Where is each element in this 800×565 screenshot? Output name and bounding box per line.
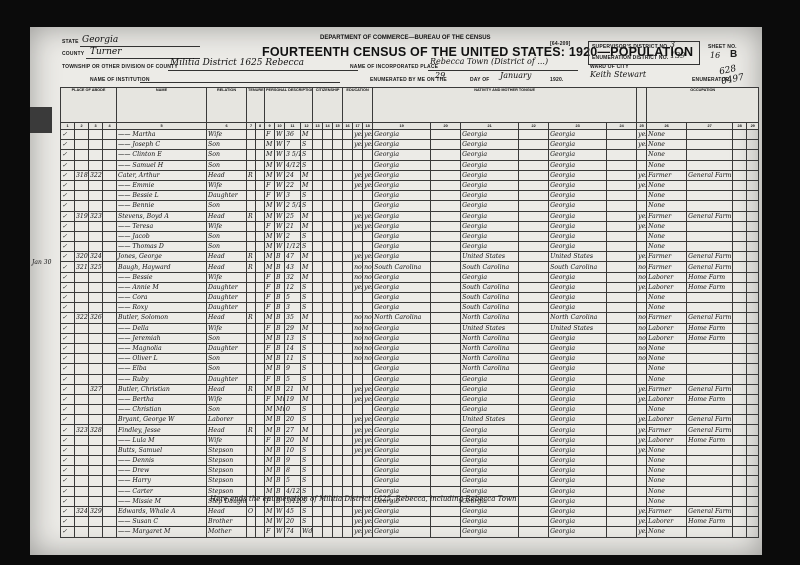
- age-cell: 3: [285, 191, 301, 201]
- age-cell: 14: [285, 343, 301, 353]
- edu-cell: yes: [363, 384, 373, 394]
- rel-cell: Stepson: [207, 445, 247, 455]
- age-cell: 3: [285, 303, 301, 313]
- mpob-cell: Georgia: [549, 191, 607, 201]
- edu-cell: yes: [637, 140, 647, 150]
- group-tenure: TENURE: [247, 88, 265, 123]
- ind-cell: Home Farm: [687, 517, 733, 527]
- mpob-cell: Georgia: [549, 140, 607, 150]
- table-row: ✓—— Oliver LSonMB11SnonoGeorgiaNorth Car…: [61, 354, 759, 364]
- race-cell: W: [275, 160, 285, 170]
- age-cell: 32: [285, 272, 301, 282]
- fpob-cell: South Carolina: [461, 262, 519, 272]
- rel-cell: Son: [207, 160, 247, 170]
- ind-cell: Home Farm: [687, 394, 733, 404]
- fpob-cell: Georgia: [461, 374, 519, 384]
- race-cell: B: [275, 313, 285, 323]
- ind-cell: [687, 343, 733, 353]
- mpob-cell: Georgia: [549, 456, 607, 466]
- mar-cell: M: [301, 252, 313, 262]
- sex-cell: F: [265, 323, 275, 333]
- own-cell: [247, 445, 256, 455]
- fpob-cell: Georgia: [461, 231, 519, 241]
- own-cell: [247, 435, 256, 445]
- age-cell: 3 5/12: [285, 150, 301, 160]
- edu-cell: yes: [353, 527, 363, 537]
- column-group-row: PLACE OF ABODE NAME RELATION TENURE PERS…: [61, 88, 759, 123]
- check-cell: ✓: [61, 374, 75, 384]
- ind-cell: [687, 221, 733, 231]
- mpob-cell: Georgia: [549, 394, 607, 404]
- pob-cell: Georgia: [373, 242, 431, 252]
- edu-cell: [363, 476, 373, 486]
- rel-cell: Daughter: [207, 374, 247, 384]
- dw-cell: [75, 293, 89, 303]
- race-cell: B: [275, 445, 285, 455]
- edu-cell: yes: [637, 252, 647, 262]
- dw-cell: [75, 150, 89, 160]
- ind-cell: [687, 231, 733, 241]
- age-cell: 27: [285, 425, 301, 435]
- name-cell: Findley, Jesse: [117, 425, 207, 435]
- fpob-cell: North Carolina: [461, 343, 519, 353]
- check-cell: ✓: [61, 527, 75, 537]
- race-cell: B: [275, 343, 285, 353]
- fam-cell: [89, 517, 103, 527]
- ind-cell: General Farm: [687, 211, 733, 221]
- table-row: ✓—— EmmieWifeFW22MyesyesGeorgiaGeorgiaGe…: [61, 180, 759, 190]
- name-cell: —— Teresa: [117, 221, 207, 231]
- race-cell: B: [275, 476, 285, 486]
- table-row: ✓—— ChristianSonMMu0SGeorgiaGeorgiaGeorg…: [61, 405, 759, 415]
- edu-cell: no: [353, 333, 363, 343]
- check-cell: ✓: [61, 323, 75, 333]
- edu-cell: no: [363, 354, 373, 364]
- age-cell: 25: [285, 211, 301, 221]
- name-cell: —— Christian: [117, 405, 207, 415]
- rel-cell: Son: [207, 364, 247, 374]
- rel-cell: Head: [207, 252, 247, 262]
- edu-cell: [353, 293, 363, 303]
- edu-cell: [637, 231, 647, 241]
- occ-cell: Laborer: [647, 394, 687, 404]
- fpob-cell: Georgia: [461, 150, 519, 160]
- own-cell: [247, 221, 256, 231]
- age-cell: 4/12: [285, 160, 301, 170]
- ind-cell: [687, 486, 733, 496]
- index-tab: [30, 107, 52, 133]
- name-cell: —— Bertha: [117, 394, 207, 404]
- dw-cell: [75, 323, 89, 333]
- mpob-cell: Georgia: [549, 303, 607, 313]
- dw-cell: [75, 354, 89, 364]
- table-row: ✓—— Susan CBrotherMW20SyesyesGeorgiaGeor…: [61, 517, 759, 527]
- name-cell: —— Harry: [117, 476, 207, 486]
- age-cell: 22: [285, 180, 301, 190]
- fam-cell: 323: [89, 211, 103, 221]
- name-cell: —— Clinton E: [117, 150, 207, 160]
- ind-cell: [687, 180, 733, 190]
- check-cell: ✓: [61, 445, 75, 455]
- ind-cell: Home Farm: [687, 323, 733, 333]
- dw-cell: [75, 221, 89, 231]
- state-label: STATE: [62, 39, 79, 45]
- rel-cell: Wife: [207, 323, 247, 333]
- pob-cell: Georgia: [373, 252, 431, 262]
- mar-cell: M: [301, 394, 313, 404]
- pob-cell: North Carolina: [373, 313, 431, 323]
- race-cell: B: [275, 364, 285, 374]
- census-table-area: PLACE OF ABODE NAME RELATION TENURE PERS…: [60, 87, 756, 549]
- pob-cell: Georgia: [373, 201, 431, 211]
- own-cell: [247, 201, 256, 211]
- occ-cell: None: [647, 201, 687, 211]
- mpob-cell: Georgia: [549, 466, 607, 476]
- dw-cell: [75, 517, 89, 527]
- name-cell: —— Dennis: [117, 456, 207, 466]
- occ-cell: None: [647, 486, 687, 496]
- sex-cell: M: [265, 384, 275, 394]
- ind-cell: [687, 405, 733, 415]
- fpob-cell: North Carolina: [461, 354, 519, 364]
- archive-stamp: 628 0497: [718, 59, 762, 87]
- edu-cell: yes: [637, 211, 647, 221]
- edu-cell: yes: [637, 506, 647, 516]
- county-value: Turner: [90, 47, 122, 57]
- edu-cell: [637, 466, 647, 476]
- dw-cell: [75, 496, 89, 506]
- pob-cell: Georgia: [373, 364, 431, 374]
- dw-cell: [75, 180, 89, 190]
- sex-cell: M: [265, 170, 275, 180]
- race-cell: B: [275, 415, 285, 425]
- mpob-cell: North Carolina: [549, 313, 607, 323]
- edu-cell: yes: [353, 445, 363, 455]
- table-row: ✓Butts, SamuelStepsonMB10SyesyesGeorgiaG…: [61, 445, 759, 455]
- table-row: ✓—— RubyDaughterFB5SGeorgiaGeorgiaGeorgi…: [61, 374, 759, 384]
- pob-cell: Georgia: [373, 425, 431, 435]
- occ-cell: None: [647, 191, 687, 201]
- age-cell: 35: [285, 313, 301, 323]
- race-cell: B: [275, 374, 285, 384]
- edu-cell: yes: [363, 517, 373, 527]
- occ-cell: Laborer: [647, 517, 687, 527]
- occ-cell: None: [647, 374, 687, 384]
- edu-cell: [363, 293, 373, 303]
- name-cell: Butler, Christian: [117, 384, 207, 394]
- ind-cell: General Farm: [687, 170, 733, 180]
- county-label: COUNTY: [62, 51, 84, 57]
- mar-cell: M: [301, 323, 313, 333]
- table-row: ✓—— HarryStepsonMB5SGeorgiaGeorgiaGeorgi…: [61, 476, 759, 486]
- edu-cell: [363, 374, 373, 384]
- fpob-cell: North Carolina: [461, 364, 519, 374]
- ind-cell: [687, 201, 733, 211]
- check-cell: ✓: [61, 180, 75, 190]
- fpob-cell: United States: [461, 323, 519, 333]
- edu-cell: no: [363, 323, 373, 333]
- pob-cell: South Carolina: [373, 262, 431, 272]
- edu-cell: yes: [363, 180, 373, 190]
- check-cell: ✓: [61, 211, 75, 221]
- mar-cell: S: [301, 466, 313, 476]
- mar-cell: S: [301, 343, 313, 353]
- rel-cell: Daughter: [207, 293, 247, 303]
- pob-cell: Georgia: [373, 231, 431, 241]
- occ-cell: None: [647, 293, 687, 303]
- enumerated-month: January: [500, 71, 531, 80]
- edu-cell: yes: [637, 282, 647, 292]
- edu-cell: yes: [363, 130, 373, 140]
- check-cell: ✓: [61, 272, 75, 282]
- mpob-cell: Georgia: [549, 405, 607, 415]
- edu-cell: no: [353, 354, 363, 364]
- edu-cell: no: [637, 272, 647, 282]
- check-cell: ✓: [61, 303, 75, 313]
- sex-cell: M: [265, 160, 275, 170]
- own-cell: [247, 527, 256, 537]
- sex-cell: M: [265, 140, 275, 150]
- pob-cell: Georgia: [373, 354, 431, 364]
- ind-cell: [687, 160, 733, 170]
- name-cell: —— Della: [117, 323, 207, 333]
- fpob-cell: Georgia: [461, 456, 519, 466]
- ind-cell: [687, 466, 733, 476]
- ind-cell: [687, 354, 733, 364]
- pob-cell: Georgia: [373, 506, 431, 516]
- own-cell: [247, 466, 256, 476]
- edu-cell: yes: [637, 130, 647, 140]
- occ-cell: Farmer: [647, 425, 687, 435]
- pob-cell: Georgia: [373, 323, 431, 333]
- table-row: ✓—— MarthaWifeFW36MyesyesGeorgiaGeorgiaG…: [61, 130, 759, 140]
- mar-cell: S: [301, 476, 313, 486]
- mar-cell: S: [301, 242, 313, 252]
- supervisor-value: 3: [670, 40, 675, 49]
- edu-cell: yes: [363, 252, 373, 262]
- sex-cell: M: [265, 333, 275, 343]
- mar-cell: S: [301, 517, 313, 527]
- race-cell: B: [275, 354, 285, 364]
- dw-cell: [75, 201, 89, 211]
- mar-cell: M: [301, 170, 313, 180]
- race-cell: B: [275, 456, 285, 466]
- edu-cell: [353, 466, 363, 476]
- check-cell: ✓: [61, 517, 75, 527]
- sex-cell: M: [265, 313, 275, 323]
- pob-cell: Georgia: [373, 405, 431, 415]
- check-cell: ✓: [61, 394, 75, 404]
- age-cell: 19: [285, 394, 301, 404]
- check-cell: ✓: [61, 140, 75, 150]
- sex-cell: M: [265, 456, 275, 466]
- occ-cell: None: [647, 130, 687, 140]
- pob-cell: Georgia: [373, 293, 431, 303]
- mar-cell: S: [301, 456, 313, 466]
- edu-cell: no: [363, 333, 373, 343]
- edu-cell: [637, 191, 647, 201]
- supervisor-label: SUPERVISOR'S DISTRICT NO.: [592, 44, 669, 50]
- dw-cell: [75, 415, 89, 425]
- edu-cell: [353, 160, 363, 170]
- occ-cell: None: [647, 364, 687, 374]
- pob-cell: Georgia: [373, 517, 431, 527]
- edu-cell: yes: [353, 252, 363, 262]
- rel-cell: Wife: [207, 394, 247, 404]
- township-label: TOWNSHIP OR OTHER DIVISION OF COUNTY: [62, 64, 178, 70]
- edu-cell: yes: [363, 140, 373, 150]
- fpob-cell: Georgia: [461, 527, 519, 537]
- fpob-cell: Georgia: [461, 211, 519, 221]
- pob-cell: Georgia: [373, 150, 431, 160]
- occ-cell: Laborer: [647, 435, 687, 445]
- fpob-cell: United States: [461, 252, 519, 262]
- mar-cell: S: [301, 354, 313, 364]
- name-cell: —— Margaret M: [117, 527, 207, 537]
- sex-cell: F: [265, 272, 275, 282]
- edu-cell: no: [353, 343, 363, 353]
- fam-cell: [89, 364, 103, 374]
- rel-cell: Wife: [207, 435, 247, 445]
- own-cell: [247, 343, 256, 353]
- race-cell: W: [275, 506, 285, 516]
- fpob-cell: North Carolina: [461, 313, 519, 323]
- edu-cell: yes: [363, 221, 373, 231]
- own-cell: R: [247, 211, 256, 221]
- age-cell: 43: [285, 262, 301, 272]
- ind-cell: [687, 364, 733, 374]
- sex-cell: M: [265, 262, 275, 272]
- occ-cell: None: [647, 180, 687, 190]
- race-cell: W: [275, 150, 285, 160]
- edu-cell: [353, 242, 363, 252]
- mpob-cell: Georgia: [549, 384, 607, 394]
- name-cell: —— Cora: [117, 293, 207, 303]
- fpob-cell: Georgia: [461, 435, 519, 445]
- name-cell: —— Elba: [117, 364, 207, 374]
- fam-cell: [89, 191, 103, 201]
- ind-cell: [687, 191, 733, 201]
- sex-cell: M: [265, 506, 275, 516]
- fam-cell: [89, 333, 103, 343]
- edu-cell: [637, 364, 647, 374]
- mar-cell: S: [301, 415, 313, 425]
- race-cell: W: [275, 242, 285, 252]
- age-cell: 13: [285, 333, 301, 343]
- rel-cell: Daughter: [207, 191, 247, 201]
- name-cell: —— Drew: [117, 466, 207, 476]
- age-cell: 24: [285, 170, 301, 180]
- edu-cell: [637, 160, 647, 170]
- edu-cell: [353, 150, 363, 160]
- edu-cell: no: [637, 333, 647, 343]
- rel-cell: Head: [207, 262, 247, 272]
- ind-cell: General Farm: [687, 425, 733, 435]
- rel-cell: Brother: [207, 517, 247, 527]
- sex-cell: F: [265, 191, 275, 201]
- own-cell: [247, 130, 256, 140]
- race-cell: Mu: [275, 394, 285, 404]
- table-row: ✓322326Butler, SolomonHeadRMB35MnonoNort…: [61, 313, 759, 323]
- dw-cell: 324: [75, 506, 89, 516]
- fam-cell: [89, 323, 103, 333]
- fam-cell: 328: [89, 425, 103, 435]
- occ-cell: Farmer: [647, 506, 687, 516]
- mpob-cell: Georgia: [549, 476, 607, 486]
- check-cell: ✓: [61, 333, 75, 343]
- own-cell: [247, 242, 256, 252]
- edu-cell: yes: [353, 384, 363, 394]
- mpob-cell: Georgia: [549, 211, 607, 221]
- fpob-cell: Georgia: [461, 272, 519, 282]
- own-cell: [247, 150, 256, 160]
- rel-cell: Daughter: [207, 282, 247, 292]
- check-cell: ✓: [61, 221, 75, 231]
- own-cell: R: [247, 313, 256, 323]
- mar-cell: S: [301, 445, 313, 455]
- own-cell: [247, 160, 256, 170]
- occ-cell: Farmer: [647, 313, 687, 323]
- fam-cell: [89, 282, 103, 292]
- sheet-side: B: [730, 49, 737, 60]
- sex-cell: M: [265, 231, 275, 241]
- occ-cell: None: [647, 405, 687, 415]
- mpob-cell: Georgia: [549, 272, 607, 282]
- own-cell: [247, 354, 256, 364]
- table-row: ✓Bryant, George WLaborerMB20SyesyesGeorg…: [61, 415, 759, 425]
- race-cell: W: [275, 231, 285, 241]
- check-cell: ✓: [61, 201, 75, 211]
- edu-cell: [637, 242, 647, 252]
- name-cell: —— Magnolia: [117, 343, 207, 353]
- fam-cell: [89, 394, 103, 404]
- rel-cell: Mother: [207, 527, 247, 537]
- name-cell: —— Oliver L: [117, 354, 207, 364]
- mpob-cell: South Carolina: [549, 262, 607, 272]
- mar-cell: M: [301, 313, 313, 323]
- occ-cell: Farmer: [647, 170, 687, 180]
- mar-cell: M: [301, 130, 313, 140]
- edu-cell: yes: [353, 517, 363, 527]
- edu-cell: [637, 374, 647, 384]
- edu-cell: yes: [363, 170, 373, 180]
- year-label: 1920.: [550, 77, 564, 83]
- edu-cell: [363, 466, 373, 476]
- rel-cell: Head: [207, 170, 247, 180]
- edu-cell: [637, 496, 647, 506]
- rel-cell: Son: [207, 354, 247, 364]
- group-personal-description: PERSONAL DESCRIPTION: [265, 88, 313, 123]
- fam-cell: 325: [89, 262, 103, 272]
- name-cell: Bryant, George W: [117, 415, 207, 425]
- mar-cell: S: [301, 231, 313, 241]
- pob-cell: Georgia: [373, 303, 431, 313]
- name-cell: —— Lula M: [117, 435, 207, 445]
- fpob-cell: Georgia: [461, 476, 519, 486]
- pob-cell: Georgia: [373, 456, 431, 466]
- sex-cell: F: [265, 293, 275, 303]
- mpob-cell: Georgia: [549, 293, 607, 303]
- fam-cell: [89, 405, 103, 415]
- dw-cell: [75, 384, 89, 394]
- sex-cell: M: [265, 517, 275, 527]
- sex-cell: M: [265, 242, 275, 252]
- occ-cell: None: [647, 160, 687, 170]
- own-cell: [247, 364, 256, 374]
- fam-cell: 324: [89, 252, 103, 262]
- dw-cell: [75, 364, 89, 374]
- mar-cell: M: [301, 262, 313, 272]
